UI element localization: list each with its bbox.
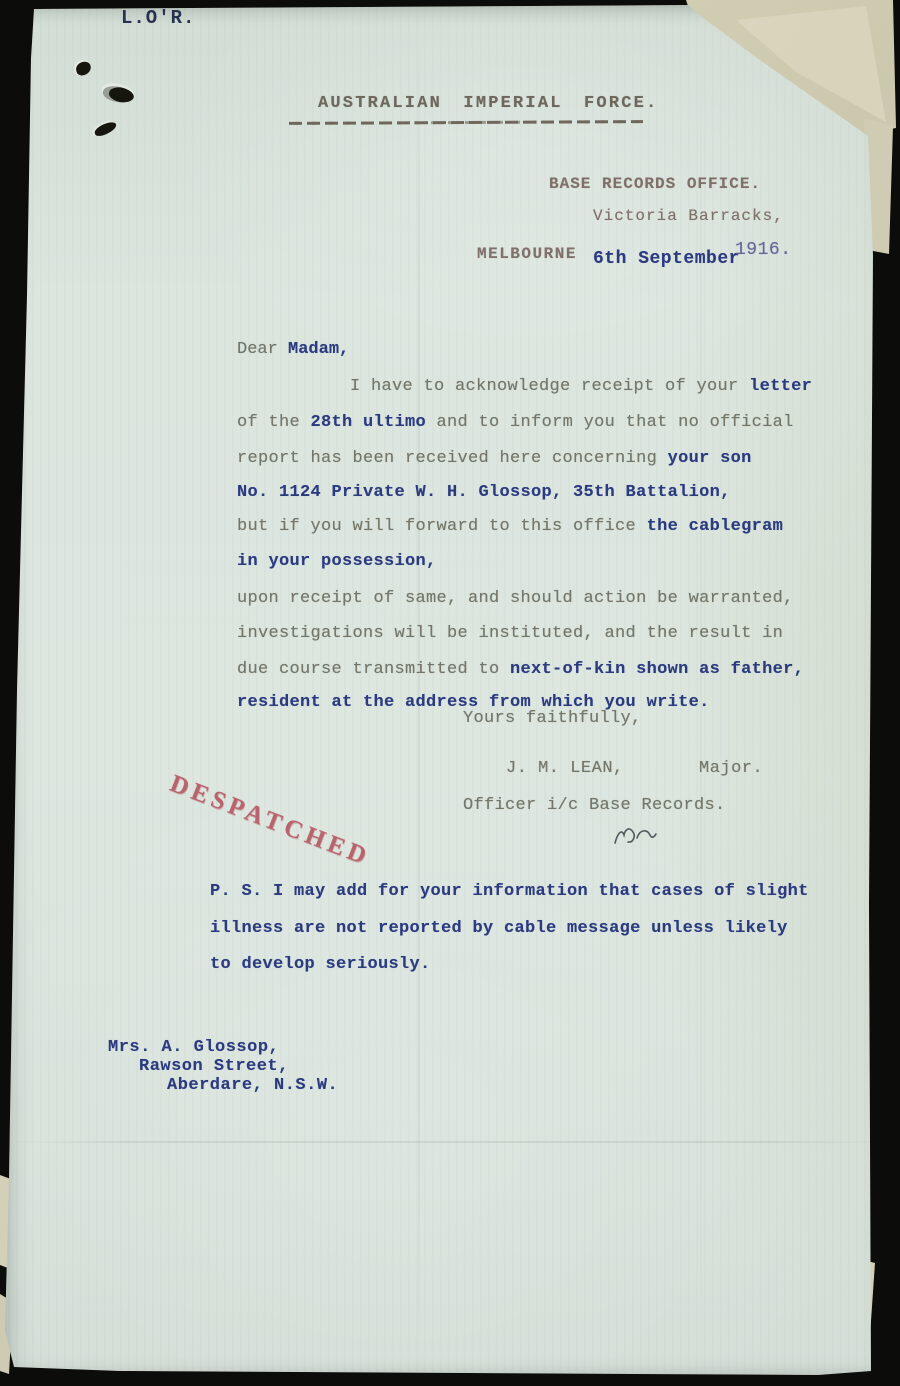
- body-line-3: report has been received here concerning…: [237, 449, 752, 468]
- corner-annotation: L.O'R.: [121, 7, 195, 29]
- body-text: report has been received here concerning: [237, 449, 668, 468]
- salutation-name: Madam,: [288, 340, 349, 359]
- body-line-6: in your possession,: [237, 552, 437, 571]
- body-text: but if you will forward to this office: [237, 517, 647, 536]
- body-text: I have to acknowledge receipt of your: [350, 377, 749, 396]
- body-text-emphasis: next-of-kin shown as father,: [510, 660, 804, 679]
- postscript-line-3: to develop seriously.: [210, 955, 431, 974]
- body-line-9: due course transmitted to next-of-kin sh…: [237, 660, 804, 679]
- pin-hole: [102, 85, 135, 105]
- body-text-emphasis: No. 1124 Private W. H. Glossop, 35th Bat…: [237, 483, 731, 502]
- body-text-emphasis: the cablegram: [647, 517, 784, 536]
- scanned-letter-page: L.O'R. AUSTRALIAN IMPERIAL FORCE. BASE R…: [0, 0, 900, 1386]
- body-line-8: investigations will be instituted, and t…: [237, 624, 783, 643]
- recipient-street: Rawson Street,: [139, 1057, 289, 1076]
- body-line-4: No. 1124 Private W. H. Glossop, 35th Bat…: [237, 483, 731, 502]
- body-text: investigations will be instituted, and t…: [237, 624, 783, 643]
- letter-date: 6th September: [593, 249, 740, 269]
- postscript-line-1: P. S. I may add for your information tha…: [210, 882, 809, 901]
- signature-name: J. M. LEAN,: [506, 759, 624, 778]
- body-text-emphasis: letter: [749, 377, 812, 396]
- recipient-town: Aberdare, N.S.W.: [167, 1076, 338, 1095]
- pin-hole: [75, 60, 93, 76]
- despatched-stamp: DESPATCHED: [166, 770, 374, 872]
- paper-crease-horizontal: [10, 1141, 890, 1143]
- body-line-1: I have to acknowledge receipt of your le…: [237, 377, 812, 396]
- body-text: due course transmitted to: [237, 660, 510, 679]
- salutation: Dear Madam,: [237, 340, 349, 359]
- letterhead-title: AUSTRALIAN IMPERIAL FORCE.: [318, 94, 658, 113]
- letterhead-office: BASE RECORDS OFFICE.: [549, 175, 761, 193]
- letter-paper: L.O'R. AUSTRALIAN IMPERIAL FORCE. BASE R…: [0, 0, 900, 1386]
- closing-valediction: Yours faithfully,: [463, 709, 642, 728]
- postscript-line-2: illness are not reported by cable messag…: [210, 919, 788, 938]
- body-text-emphasis: your son: [668, 449, 752, 468]
- body-line-2: of the 28th ultimo and to inform you tha…: [237, 413, 794, 432]
- pin-hole: [93, 120, 118, 138]
- letter-year: 1916.: [735, 240, 792, 260]
- body-text: and to inform you that no official: [426, 413, 794, 432]
- handwritten-initials: [612, 824, 658, 855]
- letterhead-address: Victoria Barracks,: [593, 207, 784, 225]
- body-line-5: but if you will forward to this office t…: [237, 517, 783, 536]
- signature-title: Officer i/c Base Records.: [463, 796, 726, 815]
- recipient-name: Mrs. A. Glossop,: [108, 1038, 279, 1057]
- body-text-emphasis: 28th ultimo: [311, 413, 427, 432]
- body-text: upon receipt of same, and should action …: [237, 589, 794, 608]
- letterhead-underline: [289, 120, 643, 125]
- body-text-emphasis: in your possession,: [237, 552, 437, 571]
- signature-rank: Major.: [699, 759, 763, 778]
- body-text: of the: [237, 413, 311, 432]
- salutation-prefix: Dear: [237, 340, 288, 359]
- letterhead-city: MELBOURNE: [477, 245, 577, 263]
- body-line-7: upon receipt of same, and should action …: [237, 589, 794, 608]
